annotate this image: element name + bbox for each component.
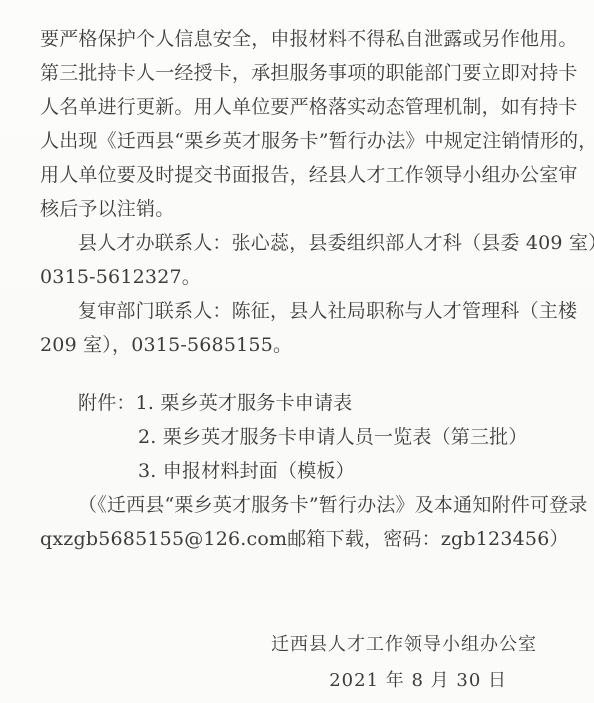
download-note-line: （《迁西县“栗乡英才服务卡”暂行办法》及本通知附件可登录	[40, 488, 564, 522]
signature-date: 2021 年 8 月 30 日	[40, 664, 507, 698]
download-note-email-line: qxzgb5685155@126.com邮箱下载，密码：zgb123456）	[40, 522, 564, 556]
document-page: 要严格保护个人信息安全，申报材料不得私自泄露或另作他用。 第三批持卡人一经授卡，…	[0, 0, 594, 703]
contact-review-dept-phone: 209 室），0315-5685155。	[40, 328, 564, 362]
signature-block: 迁西县人才工作领导小组办公室 2021 年 8 月 30 日	[40, 628, 564, 698]
body-line: 人名单进行更新。用人单位要严格落实动态管理机制，如有持卡	[40, 90, 564, 124]
body-line: 人出现《迁西县“栗乡英才服务卡”暂行办法》中规定注销情形的，	[40, 124, 564, 158]
signature-office: 迁西县人才工作领导小组办公室	[40, 628, 537, 662]
body-line: 要严格保护个人信息安全，申报材料不得私自泄露或另作他用。	[40, 22, 564, 56]
contact-review-dept-line: 复审部门联系人：陈征，县人社局职称与人才管理科（主楼	[40, 294, 564, 328]
body-line: 第三批持卡人一经授卡，承担服务事项的职能部门要立即对持卡	[40, 56, 564, 90]
body-line: 用人单位要及时提交书面报告，经县人才工作领导小组办公室审	[40, 158, 564, 192]
contact-talent-office-phone: 0315-5612327。	[40, 260, 564, 294]
body-line: 核后予以注销。	[40, 192, 564, 226]
attachment-item-3: 3. 申报材料封面（模板）	[40, 454, 564, 488]
attachment-item-1: 附件：1. 栗乡英才服务卡申请表	[40, 386, 564, 420]
attachment-item-2: 2. 栗乡英才服务卡申请人员一览表（第三批）	[40, 420, 564, 454]
contact-talent-office-line: 县人才办联系人：张心蕊，县委组织部人才科（县委 409 室），	[40, 226, 564, 260]
